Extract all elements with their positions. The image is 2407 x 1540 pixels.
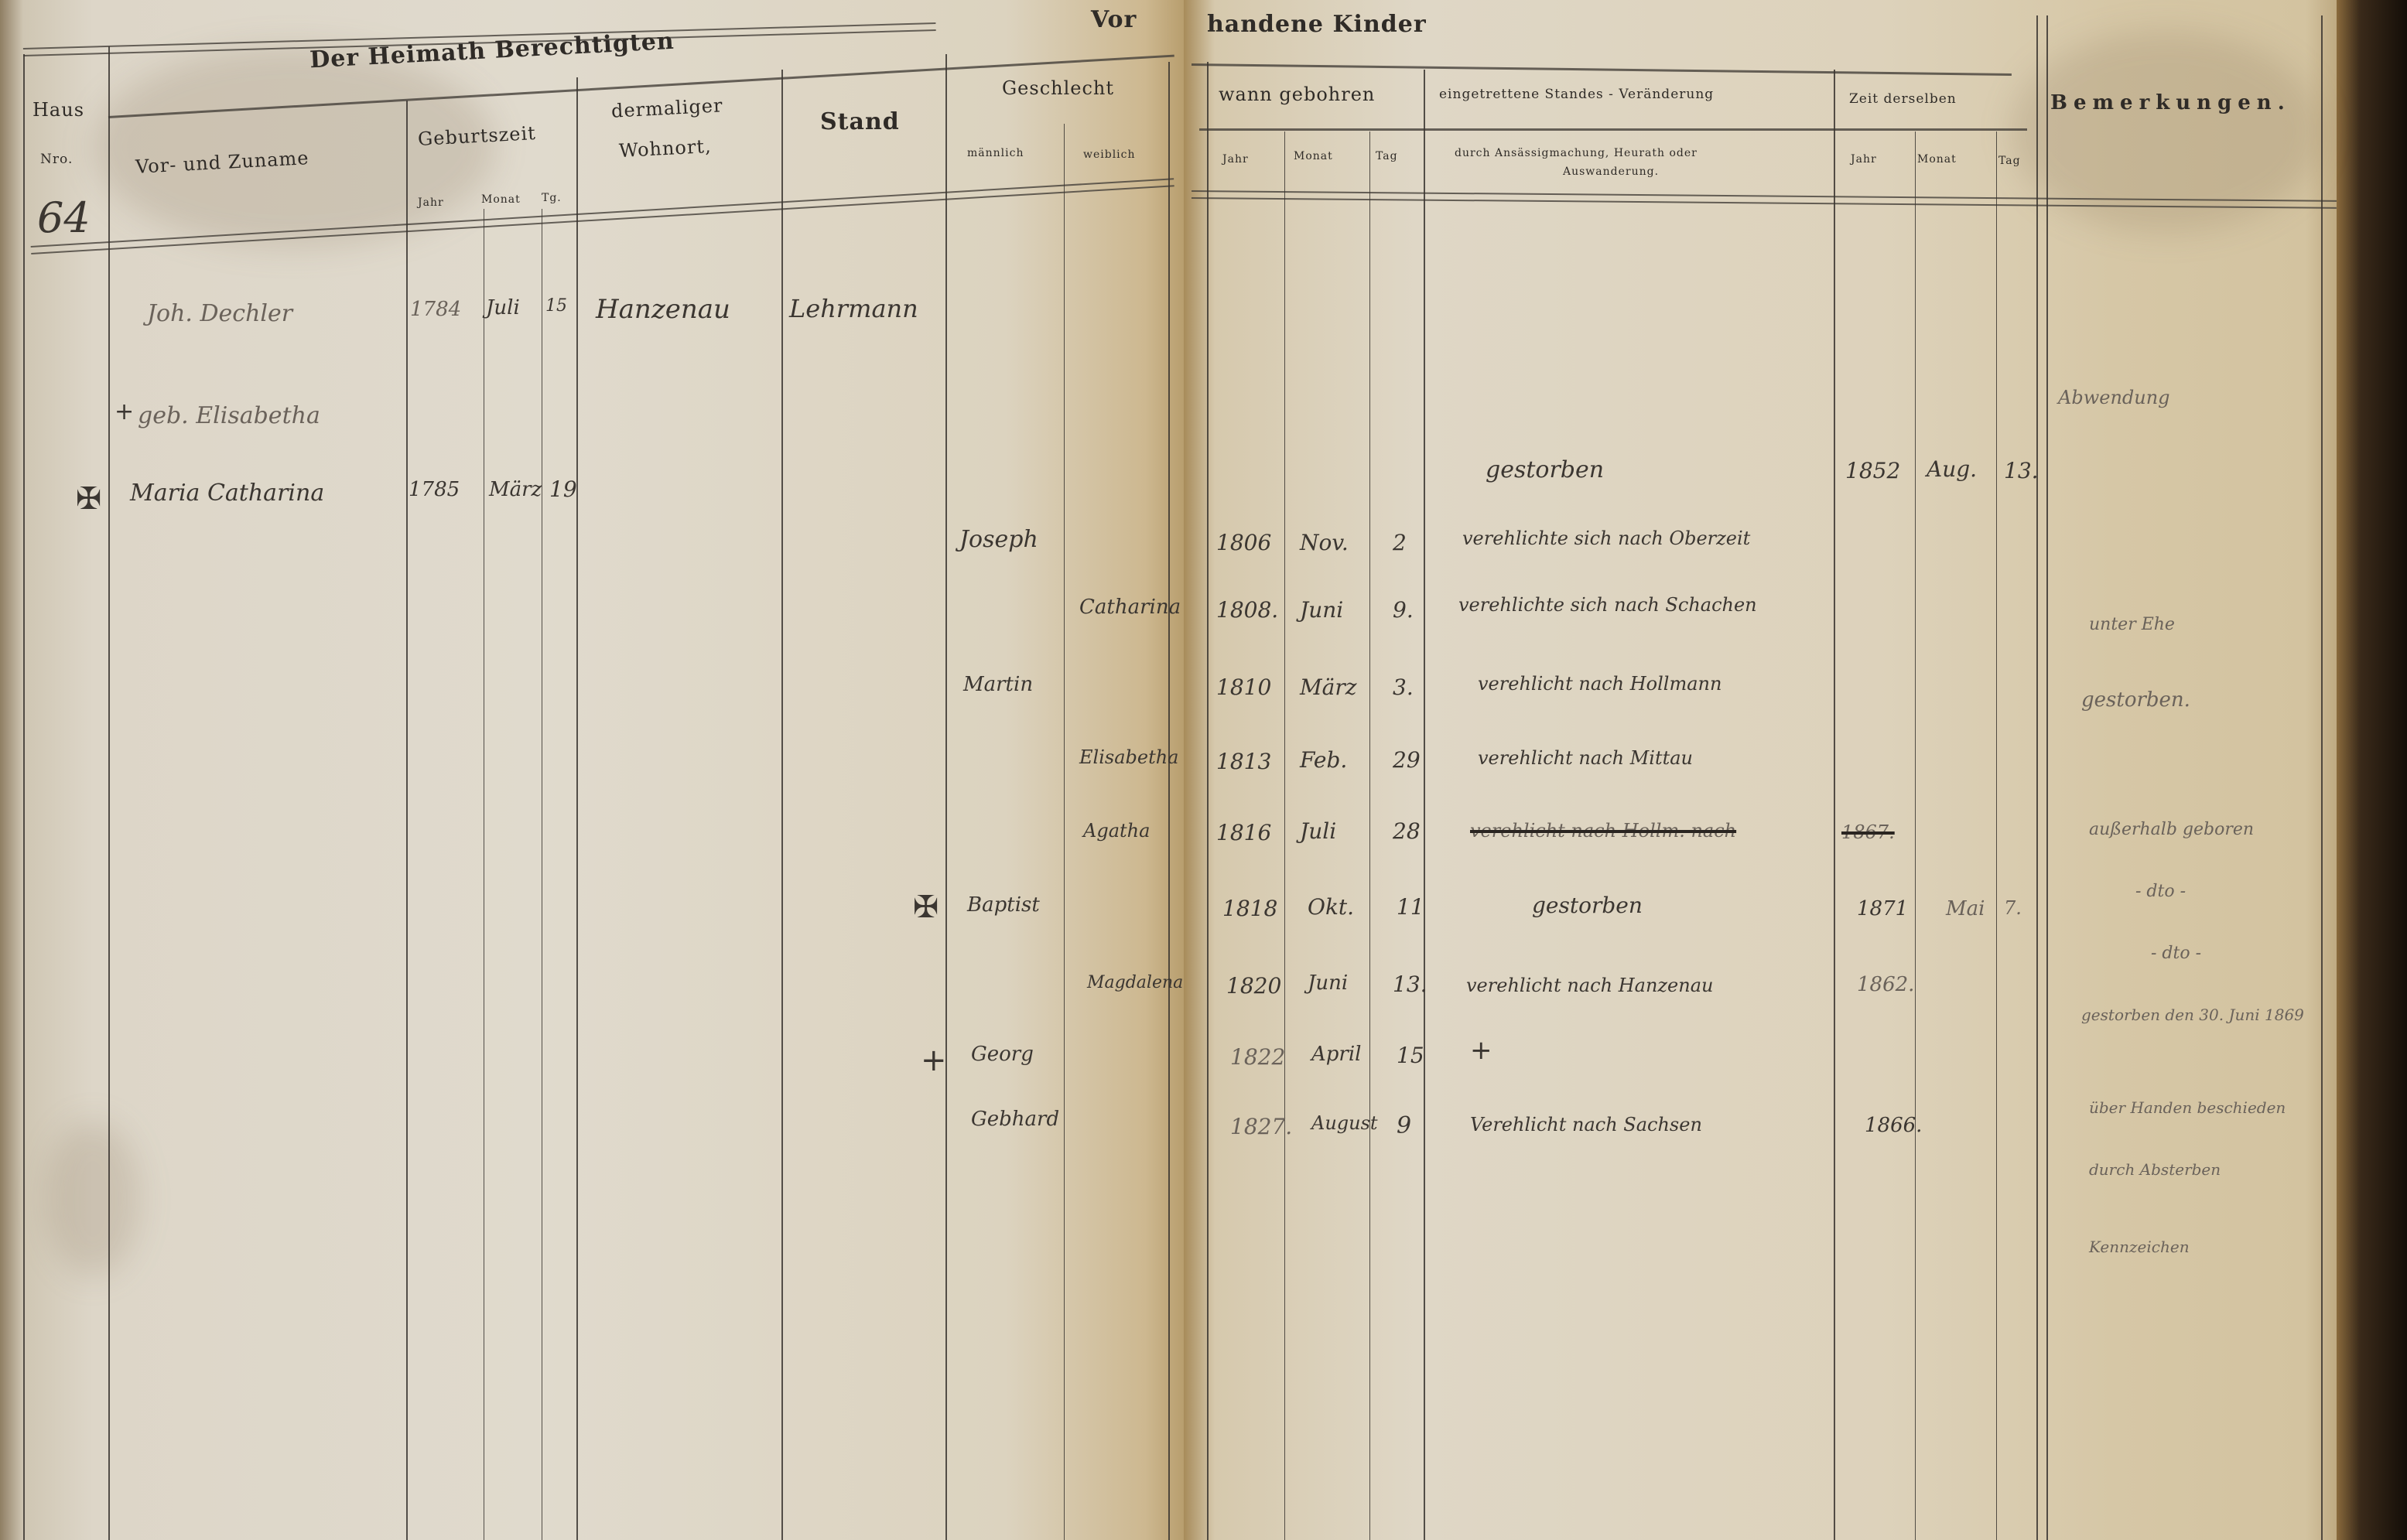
column-line	[23, 54, 25, 1540]
remark: außerhalb geboren	[2089, 820, 2254, 839]
header-time-month: Monat	[1917, 153, 1957, 166]
column-line	[576, 77, 578, 1540]
parent-birth-year: 1785	[409, 478, 460, 501]
child-birth-day: 11	[1397, 894, 1424, 920]
cross-icon: +	[1470, 1035, 1492, 1066]
child-female-name: Agatha	[1083, 820, 1150, 842]
child-change-year: 1862.	[1857, 973, 1914, 996]
child-birth-year: 1822	[1230, 1044, 1285, 1070]
column-line	[1284, 131, 1285, 1540]
column-line	[2321, 15, 2323, 1540]
remark: - dto -	[2135, 882, 2186, 901]
column-line	[1064, 124, 1065, 1540]
header-stand: Stand	[820, 108, 900, 135]
child-male-name: Joseph	[959, 526, 1038, 553]
column-line	[108, 46, 110, 1540]
parent-name: Joh. Dechler	[147, 300, 292, 327]
child-status-change: verehlichte sich nach Schachen	[1458, 594, 1757, 616]
parent-residence: Hanzenau	[596, 294, 730, 325]
child-birth-month: August	[1311, 1112, 1378, 1134]
header-status-change: eingetrettene Standes - Veränderung	[1439, 87, 1714, 102]
remark: Abwendung	[2058, 387, 2170, 408]
paper-stain	[46, 1122, 139, 1276]
header-remarks: Bemerkungen.	[2050, 91, 2291, 114]
header-haus: Haus	[32, 99, 84, 121]
left-page	[0, 0, 1184, 1540]
child-birth-month: Feb.	[1300, 747, 1347, 773]
child-birth-day: 29	[1393, 747, 1421, 773]
child-birth-year: 1818	[1222, 896, 1277, 921]
remark: über Handen beschieden	[2089, 1098, 2286, 1117]
child-birth-day: 28	[1393, 818, 1421, 844]
column-line	[1834, 70, 1835, 1540]
header-time-of: Zeit derselben	[1849, 91, 1957, 107]
column-line	[484, 209, 484, 1540]
remark: - dto -	[2151, 944, 2201, 963]
child-birth-month: Juni	[1300, 597, 1343, 623]
parent-birth-month: Juli	[486, 296, 520, 319]
parent-death-text: gestorben	[1486, 456, 1604, 483]
header-sub-rule-right	[1199, 128, 2027, 131]
child-birth-day: 9	[1397, 1112, 1411, 1139]
child-male-name: Martin	[963, 673, 1033, 696]
remark: durch Absterben	[2089, 1160, 2221, 1179]
child-status-change: gestorben	[1532, 893, 1643, 918]
cross-icon: ✠	[76, 481, 102, 517]
child-birth-day: 9.	[1393, 597, 1414, 623]
parent-birth-year: 1784	[410, 298, 461, 321]
child-status-change: verehlicht nach Hanzenau	[1466, 975, 1713, 996]
header-child-year: Jahr	[1222, 153, 1249, 166]
header-status-change-sub-1: durch Ansässigmachung, Heurath oder	[1455, 147, 1698, 159]
child-birth-year: 1806	[1216, 530, 1271, 555]
child-birth-month: Juni	[1308, 971, 1348, 995]
cross-icon: +	[115, 398, 134, 425]
child-change-day: 7.	[2004, 897, 2022, 919]
child-female-name: Catharina	[1079, 596, 1181, 619]
child-status-change: verehlicht nach Mittau	[1478, 747, 1693, 769]
remark: Kennzeichen	[2089, 1238, 2190, 1256]
parent-birth-day: 19	[549, 476, 577, 502]
header-born-when: wann gebohren	[1219, 84, 1375, 105]
parent-birth-month: März	[489, 478, 542, 501]
child-birth-day: 2	[1393, 530, 1407, 555]
column-line	[945, 54, 947, 1540]
cross-icon: +	[921, 1043, 947, 1078]
column-line	[1168, 62, 1170, 1540]
child-birth-year: 1816	[1216, 820, 1271, 845]
child-change-year-struck: 1867.	[1841, 821, 1895, 843]
remark: unter Ehe	[2089, 615, 2175, 634]
parent-death-year: 1852	[1845, 458, 1900, 483]
child-status-change-struck: verehlicht nach Hollm. nach	[1470, 820, 1736, 842]
column-line	[406, 101, 408, 1540]
header-time-year: Jahr	[1851, 153, 1877, 166]
remark: gestorben.	[2081, 688, 2190, 712]
child-birth-year: 1808.	[1216, 597, 1278, 623]
parent-stand: Lehrmann	[789, 294, 918, 323]
child-birth-year: 1827.	[1230, 1114, 1292, 1139]
child-status-change: verehlicht nach Hollmann	[1478, 673, 1721, 695]
child-change-year: 1871	[1857, 897, 1908, 920]
column-line	[1424, 70, 1425, 1540]
column-line	[2036, 15, 2038, 1540]
header-male: männlich	[967, 147, 1024, 159]
child-birth-year: 1813	[1216, 749, 1271, 774]
header-time-day: Tag	[1998, 155, 2021, 167]
child-status-change: verehlichte sich nach Oberzeit	[1462, 528, 1750, 549]
parent-birth-day: 15	[545, 296, 567, 316]
child-male-name: Gebhard	[971, 1108, 1059, 1131]
header-child-day: Tag	[1376, 150, 1398, 162]
child-female-name: Magdalena	[1087, 973, 1183, 992]
column-line	[2046, 15, 2048, 1540]
column-line	[542, 209, 542, 1540]
column-line	[1915, 131, 1916, 1540]
column-line	[1996, 131, 1997, 1540]
child-female-name: Elisabetha	[1079, 746, 1178, 768]
column-line	[1369, 131, 1370, 1540]
child-male-name: Georg	[971, 1043, 1034, 1066]
cross-icon: ✠	[913, 890, 939, 925]
remark: gestorben den 30. Juni 1869	[2081, 1006, 2313, 1024]
child-male-name: Baptist	[967, 893, 1040, 917]
child-birth-month: Okt.	[1308, 894, 1354, 920]
column-line	[781, 70, 783, 1540]
header-birth-year: Jahr	[418, 196, 444, 209]
child-birth-day: 13.	[1393, 971, 1427, 997]
household-number: 64	[37, 193, 91, 242]
right-title-part2: handene Kinder	[1207, 11, 1427, 38]
child-birth-year: 1820	[1226, 973, 1281, 999]
parent-death-day: 13.	[2004, 458, 2039, 483]
header-female: weiblich	[1083, 149, 1136, 161]
child-birth-month: Juli	[1300, 818, 1336, 844]
header-nro: Nro.	[40, 152, 73, 167]
header-birth-month: Monat	[481, 193, 521, 206]
child-birth-month: April	[1311, 1043, 1361, 1066]
header-status-change-sub-2: Auswanderung.	[1563, 166, 1659, 178]
book-edge	[2337, 0, 2407, 1540]
parent-name: Maria Catharina	[130, 480, 324, 507]
child-birth-month: März	[1300, 674, 1357, 700]
child-birth-day: 15	[1397, 1043, 1424, 1068]
child-change-month: Mai	[1946, 897, 1985, 920]
right-title-part1: Vor	[1091, 6, 1137, 33]
header-sex: Geschlecht	[1002, 77, 1114, 99]
child-birth-day: 3.	[1393, 674, 1414, 700]
child-change-year: 1866.	[1865, 1114, 1922, 1137]
header-birth-day: Tg.	[542, 192, 562, 204]
child-birth-month: Nov.	[1300, 530, 1349, 555]
child-birth-year: 1810	[1216, 674, 1271, 700]
parent-name: geb. Elisabetha	[138, 402, 320, 429]
child-status-change: Verehlicht nach Sachsen	[1470, 1114, 1702, 1135]
header-child-month: Monat	[1294, 150, 1333, 162]
column-line	[1207, 62, 1209, 1540]
parent-death-month: Aug.	[1927, 456, 1977, 482]
